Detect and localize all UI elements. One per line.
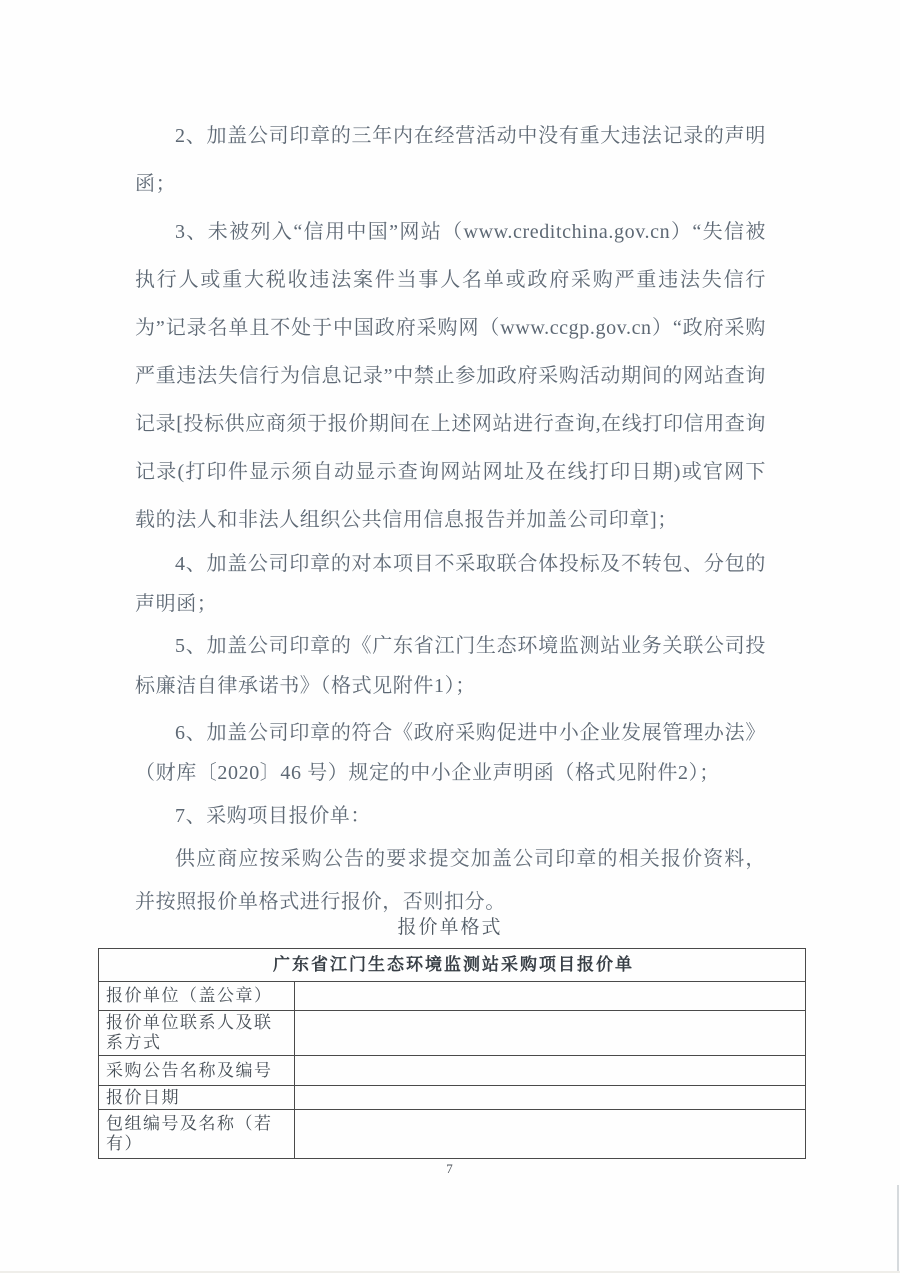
table-cell-value bbox=[295, 1086, 806, 1110]
table-row: 包组编号及名称（若有） bbox=[99, 1110, 806, 1159]
table-cell-label: 报价日期 bbox=[99, 1086, 295, 1110]
table-cell-value bbox=[295, 982, 806, 1011]
document-page: 2、加盖公司印章的三年内在经营活动中没有重大违法记录的声明函； 3、未被列入“信… bbox=[0, 0, 900, 1273]
paragraph-item-4: 4、加盖公司印章的对本项目不采取联合体投标及不转包、分包的声明函； bbox=[135, 544, 766, 624]
table-cell-value bbox=[295, 1011, 806, 1056]
table-cell-value bbox=[295, 1110, 806, 1159]
quotation-table: 广东省江门生态环境监测站采购项目报价单 报价单位（盖公章） 报价单位联系人及联系… bbox=[98, 948, 806, 1159]
table-row: 报价日期 bbox=[99, 1086, 806, 1110]
table-cell-label: 报价单位（盖公章） bbox=[99, 982, 295, 1011]
table-title: 广东省江门生态环境监测站采购项目报价单 bbox=[99, 949, 806, 982]
paragraph-item-2: 2、加盖公司印章的三年内在经营活动中没有重大违法记录的声明函； bbox=[135, 112, 766, 208]
table-row: 报价单位（盖公章） bbox=[99, 982, 806, 1011]
table-cell-label: 报价单位联系人及联系方式 bbox=[99, 1011, 295, 1056]
paragraph-item-3: 3、未被列入“信用中国”网站（www.creditchina.gov.cn）“失… bbox=[135, 208, 766, 544]
document-body: 2、加盖公司印章的三年内在经营活动中没有重大违法记录的声明函； 3、未被列入“信… bbox=[135, 112, 766, 924]
quote-table-caption: 报价单格式 bbox=[0, 912, 900, 939]
table-cell-label: 包组编号及名称（若有） bbox=[99, 1110, 295, 1159]
paragraph-item-5: 5、加盖公司印章的《广东省江门生态环境监测站业务关联公司投标廉洁自律承诺书》（格… bbox=[135, 626, 766, 706]
table-row: 采购公告名称及编号 bbox=[99, 1056, 806, 1086]
scan-edge-right bbox=[897, 1185, 899, 1273]
paragraph-item-6: 6、加盖公司印章的符合《政府采购促进中小企业发展管理办法》（财库〔2020〕46… bbox=[135, 713, 766, 793]
table-row: 报价单位联系人及联系方式 bbox=[99, 1011, 806, 1056]
table-title-row: 广东省江门生态环境监测站采购项目报价单 bbox=[99, 949, 806, 982]
table-cell-label: 采购公告名称及编号 bbox=[99, 1056, 295, 1086]
page-number: 7 bbox=[0, 1161, 900, 1177]
table-cell-value bbox=[295, 1056, 806, 1086]
paragraph-item-7: 7、采购项目报价单： bbox=[135, 794, 766, 838]
